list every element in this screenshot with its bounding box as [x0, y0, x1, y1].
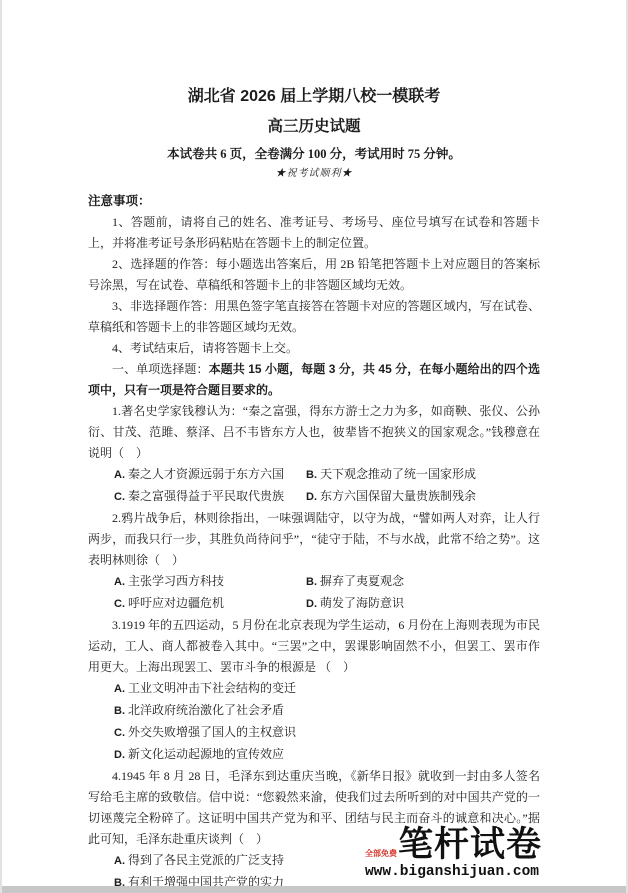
good-luck-line: ★祝考试顺利★ [88, 165, 540, 182]
questions: 1.著名史学家钱穆认为：“秦之富强，得东方游士之力为多，如商鞅、张仪、公孙衍、甘… [88, 401, 540, 893]
option-c: C. 外交失败增强了国人的主权意识 [114, 722, 540, 744]
option-text: 得到了各民主党派的广泛支持 [128, 853, 284, 867]
option-text: 萌发了海防意识 [320, 596, 404, 610]
option-label: D. [306, 491, 317, 503]
option-d: D. 新文化运动起源地的宣传效应 [114, 744, 540, 766]
option-text: 呼吁应对边疆危机 [128, 596, 224, 610]
notice-item-2: 2、选择题的作答：每小题选出答案后，用 2B 铅笔把答题卡上对应题目的答案标号涂… [88, 254, 540, 296]
option-label: A. [114, 469, 125, 481]
option-label: B. [306, 576, 317, 588]
option-label: C. [114, 598, 125, 610]
option-text: 主张学习西方科技 [128, 574, 224, 588]
option-label: C. [114, 727, 125, 739]
notice-item-4: 4、考试结束后，请将答题卡上交。 [88, 338, 540, 359]
option-text: 天下观念推动了统一国家形成 [320, 467, 476, 481]
question-options: A. 工业文明冲击下社会结构的变迁B. 北洋政府统治激化了社会矛盾C. 外交失败… [114, 678, 540, 766]
option-label: C. [114, 491, 125, 503]
option-text: 新文化运动起源地的宣传效应 [128, 747, 284, 761]
option-d: D. 萌发了海防意识 [306, 593, 540, 615]
notice-heading: 注意事项： [88, 191, 540, 212]
watermark-brand-logo: 笔杆试卷 [398, 827, 542, 862]
watermark-top-row: 全部免费 笔杆试卷 [365, 827, 542, 862]
notice-item-3: 3、非选择题作答：用黑色签字笔直接答在答题卡对应的答题区域内，写在试卷、草稿纸和… [88, 296, 540, 338]
question-block: 2.鸦片战争后，林则徐指出，一味强调陆守，以守为战，“譬如两人对弈，让人行两步，… [88, 508, 540, 615]
watermark-url: www.biganshijuan.com [365, 864, 539, 880]
biganshijuan-watermark[interactable]: 全部免费 笔杆试卷 www.biganshijuan.com [365, 827, 542, 881]
option-text: 东方六国保留大量贵族制残余 [320, 489, 476, 503]
option-label: A. [114, 683, 125, 695]
option-label: B. [114, 705, 125, 717]
option-a: A. 主张学习西方科技 [114, 571, 306, 593]
option-text: 秦之富强得益于平民取代贵族 [128, 489, 284, 503]
notice-item-1: 1、答题前，请将自己的姓名、准考证号、考场号、座位号填写在试卷和答题卡上，并将准… [88, 212, 540, 254]
option-text: 摒弃了夷夏观念 [320, 574, 404, 588]
option-text: 工业文明冲击下社会结构的变迁 [128, 681, 296, 695]
question-stem: 3.1919 年的五四运动，5 月份在北京表现为学生运动，6 月份在上海则表现为… [88, 615, 540, 678]
question-stem: 2.鸦片战争后，林则徐指出，一味强调陆守，以守为战，“譬如两人对弈，让人行两步，… [88, 508, 540, 571]
option-d: D. 东方六国保留大量贵族制残余 [306, 486, 540, 508]
section-label: 一、单项选择题： [112, 362, 209, 376]
exam-info-line: 本试卷共 6 页，全卷满分 100 分，考试用时 75 分钟。 [88, 144, 540, 165]
watermark-free-label: 全部免费 [365, 849, 397, 858]
option-text: 外交失败增强了国人的主权意识 [128, 725, 296, 739]
option-label: A. [114, 855, 125, 867]
section-heading: 一、单项选择题：本题共 15 小题，每题 3 分，共 45 分，在每小题给出的四… [88, 359, 540, 401]
question-options: A. 主张学习西方科技B. 摒弃了夷夏观念C. 呼吁应对边疆危机D. 萌发了海防… [114, 571, 540, 615]
exam-subtitle: 高三历史试题 [88, 117, 540, 137]
question-block: 3.1919 年的五四运动，5 月份在北京表现为学生运动，6 月份在上海则表现为… [88, 615, 540, 766]
page-content: 湖北省 2026 届上学期八校一模联考 高三历史试题 本试卷共 6 页，全卷满分… [88, 0, 540, 893]
option-b: B. 摒弃了夷夏观念 [306, 571, 540, 593]
exam-page: 湖北省 2026 届上学期八校一模联考 高三历史试题 本试卷共 6 页，全卷满分… [0, 0, 628, 893]
question-stem: 1.著名史学家钱穆认为：“秦之富强，得东方游士之力为多，如商鞅、张仪、公孙衍、甘… [88, 401, 540, 464]
question-block: 1.著名史学家钱穆认为：“秦之富强，得东方游士之力为多，如商鞅、张仪、公孙衍、甘… [88, 401, 540, 508]
exam-title: 湖北省 2026 届上学期八校一模联考 [88, 86, 540, 107]
option-a: A. 秦之人才资源远弱于东方六国 [114, 464, 306, 486]
question-options: A. 秦之人才资源远弱于东方六国B. 天下观念推动了统一国家形成C. 秦之富强得… [114, 464, 540, 508]
option-b: B. 天下观念推动了统一国家形成 [306, 464, 540, 486]
option-label: A. [114, 576, 125, 588]
option-text: 北洋政府统治激化了社会矛盾 [128, 703, 284, 717]
option-c: C. 秦之富强得益于平民取代贵族 [114, 486, 306, 508]
option-label: D. [306, 598, 317, 610]
option-c: C. 呼吁应对边疆危机 [114, 593, 306, 615]
option-label: B. [306, 469, 317, 481]
option-b: B. 北洋政府统治激化了社会矛盾 [114, 700, 540, 722]
page-bottom-edge [2, 886, 626, 893]
option-label: D. [114, 749, 125, 761]
option-text: 秦之人才资源远弱于东方六国 [128, 467, 284, 481]
option-a: A. 工业文明冲击下社会结构的变迁 [114, 678, 540, 700]
